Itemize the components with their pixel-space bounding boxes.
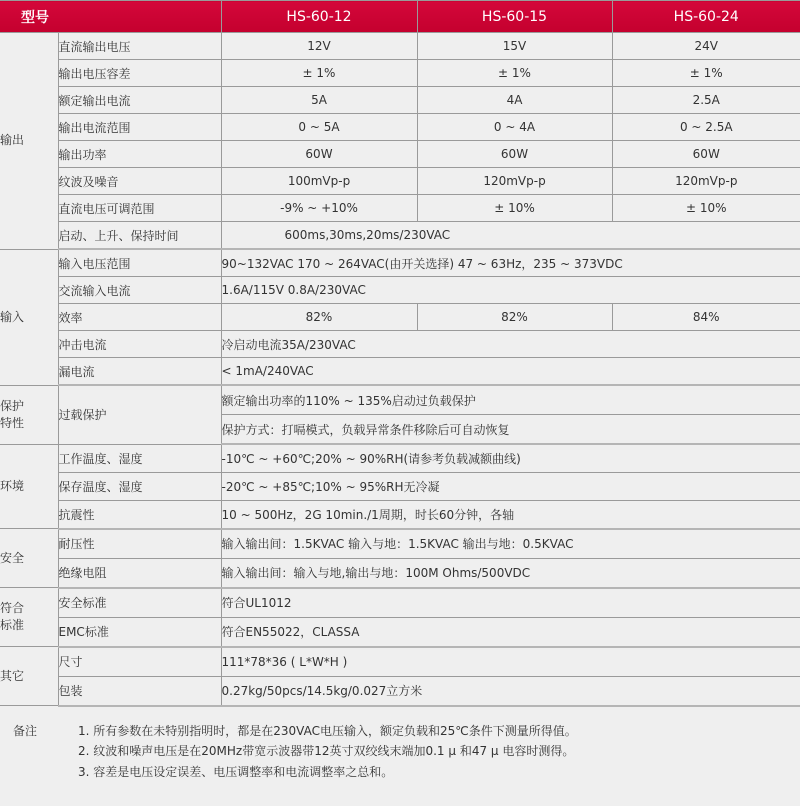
- value-cell: 24V: [612, 33, 800, 60]
- table-row: 保存温度、湿度 -20℃ ~ +85℃;10% ~ 95%RH无冷凝: [0, 472, 800, 500]
- group-environment: 环境: [0, 444, 58, 529]
- group-compliance: 符合 标准: [0, 588, 58, 647]
- table-row: 安全 耐压性 输入输出间：1.5KVAC 输入与地：1.5KVAC 输出与地：0…: [0, 529, 800, 559]
- table-row: 输入 输入电压范围 90~132VAC 170 ~ 264VAC(由开关选择) …: [0, 249, 800, 277]
- param-label: 抗震性: [58, 500, 221, 529]
- value-cell: ± 1%: [612, 60, 800, 87]
- note-item: 2. 纹波和噪声电压是在20MHz带宽示波器带12英寸双绞线末端加0.1 μ 和…: [78, 741, 577, 762]
- param-label: 输出电压容差: [58, 60, 221, 87]
- value-cell: 60W: [417, 141, 612, 168]
- table-row: 其它 尺寸 111*78*36 ( L*W*H ): [0, 647, 800, 677]
- spec-table: 型号 HS-60-12 HS-60-15 HS-60-24 输出 直流输出电压 …: [0, 0, 800, 707]
- value-cell: 60W: [221, 141, 417, 168]
- value-cell-spanning: 符合UL1012: [221, 588, 800, 618]
- note-item: 1. 所有参数在未特别指明时，都是在230VAC电压输入，额定负载和25℃条件下…: [78, 721, 577, 742]
- param-label: 效率: [58, 304, 221, 331]
- value-cell: 2.5A: [612, 87, 800, 114]
- value-cell-spanning: 保护方式：打嗝模式，负载异常条件移除后可自动恢复: [221, 415, 800, 445]
- param-label: 绝缘电阻: [58, 558, 221, 588]
- model-hs-60-15: HS-60-15: [417, 1, 612, 33]
- table-row: 输出电压容差 ± 1% ± 1% ± 1%: [0, 60, 800, 87]
- value-cell-spanning: 冷启动电流35A/230VAC: [221, 331, 800, 358]
- table-row: 输出功率 60W 60W 60W: [0, 141, 800, 168]
- value-cell: 100mVp-p: [221, 168, 417, 195]
- table-row: EMC标准 符合EN55022，CLASSA: [0, 617, 800, 647]
- value-cell-spanning: 输入输出间：输入与地,输出与地：100M Ohms/500VDC: [221, 558, 800, 588]
- table-row: 符合 标准 安全标准 符合UL1012: [0, 588, 800, 618]
- param-label: 额定输出电流: [58, 87, 221, 114]
- param-label: 纹波及噪音: [58, 168, 221, 195]
- value-cell: 4A: [417, 87, 612, 114]
- value-cell: ± 10%: [612, 195, 800, 222]
- table-row: 绝缘电阻 输入输出间：输入与地,输出与地：100M Ohms/500VDC: [0, 558, 800, 588]
- notes-list: 1. 所有参数在未特别指明时，都是在230VAC电压输入，额定负载和25℃条件下…: [78, 721, 577, 783]
- group-input: 输入: [0, 249, 58, 385]
- value-cell: -9% ~ +10%: [221, 195, 417, 222]
- param-label: 漏电流: [58, 358, 221, 386]
- table-row: 纹波及噪音 100mVp-p 120mVp-p 120mVp-p: [0, 168, 800, 195]
- group-safety: 安全: [0, 529, 58, 588]
- value-cell-spanning: 90~132VAC 170 ~ 264VAC(由开关选择) 47 ~ 63Hz，…: [221, 249, 800, 277]
- note-item: 3. 容差是电压设定误差、电压调整率和电流调整率之总和。: [78, 762, 577, 783]
- value-cell: 84%: [612, 304, 800, 331]
- param-label: 安全标准: [58, 588, 221, 618]
- value-cell: 82%: [417, 304, 612, 331]
- value-cell: ± 1%: [221, 60, 417, 87]
- table-row: 输出 直流输出电压 12V 15V 24V: [0, 33, 800, 60]
- group-label-line: 特性: [0, 416, 24, 430]
- value-cell-spanning: 0.27kg/50pcs/14.5kg/0.027立方米: [221, 676, 800, 706]
- group-protection: 保护 特性: [0, 385, 58, 444]
- table-row: 启动、上升、保持时间 600ms,30ms,20ms/230VAC: [0, 222, 800, 250]
- value-cell-spanning: 600ms,30ms,20ms/230VAC: [221, 222, 800, 250]
- value-cell: 82%: [221, 304, 417, 331]
- notes-label: 备注: [13, 721, 78, 783]
- param-label: 输出功率: [58, 141, 221, 168]
- table-row: 冲击电流 冷启动电流35A/230VAC: [0, 331, 800, 358]
- group-label-line: 符合: [0, 601, 24, 615]
- param-label: 冲击电流: [58, 331, 221, 358]
- group-label-line: 标准: [0, 618, 24, 632]
- param-label: 直流电压可调范围: [58, 195, 221, 222]
- value-cell-spanning: -10℃ ~ +60℃;20% ~ 90%RH(请参考负载减额曲线): [221, 444, 800, 472]
- table-row: 直流电压可调范围 -9% ~ +10% ± 10% ± 10%: [0, 195, 800, 222]
- group-other: 其它: [0, 647, 58, 706]
- table-row: 包装 0.27kg/50pcs/14.5kg/0.027立方米: [0, 676, 800, 706]
- value-cell: 15V: [417, 33, 612, 60]
- value-cell: 120mVp-p: [417, 168, 612, 195]
- value-cell: 5A: [221, 87, 417, 114]
- value-cell: 60W: [612, 141, 800, 168]
- table-row: 保护 特性 过载保护 额定输出功率的110% ~ 135%启动过负载保护: [0, 385, 800, 415]
- param-label: 过载保护: [58, 385, 221, 444]
- param-label: 直流输出电压: [58, 33, 221, 60]
- value-cell-spanning: 输入输出间：1.5KVAC 输入与地：1.5KVAC 输出与地：0.5KVAC: [221, 529, 800, 559]
- param-label: 交流输入电流: [58, 277, 221, 304]
- table-row: 输出电流范围 0 ~ 5A 0 ~ 4A 0 ~ 2.5A: [0, 114, 800, 141]
- value-cell: ± 10%: [417, 195, 612, 222]
- model-hs-60-24: HS-60-24: [612, 1, 800, 33]
- param-label: 工作温度、湿度: [58, 444, 221, 472]
- param-label: 尺寸: [58, 647, 221, 677]
- value-cell-spanning: 符合EN55022，CLASSA: [221, 617, 800, 647]
- model-hs-60-12: HS-60-12: [221, 1, 417, 33]
- table-header-row: 型号 HS-60-12 HS-60-15 HS-60-24: [0, 1, 800, 33]
- param-label: EMC标准: [58, 617, 221, 647]
- value-cell-spanning: 10 ~ 500Hz，2G 10min./1周期，时长60分钟，各轴: [221, 500, 800, 529]
- value-cell: 120mVp-p: [612, 168, 800, 195]
- value-cell: 0 ~ 2.5A: [612, 114, 800, 141]
- notes-section: 备注 1. 所有参数在未特别指明时，都是在230VAC电压输入，额定负载和25℃…: [0, 707, 800, 783]
- value-cell-spanning: -20℃ ~ +85℃;10% ~ 95%RH无冷凝: [221, 472, 800, 500]
- value-cell-spanning: 额定输出功率的110% ~ 135%启动过负载保护: [221, 385, 800, 415]
- group-label-line: 保护: [0, 399, 24, 413]
- table-row: 效率 82% 82% 84%: [0, 304, 800, 331]
- value-cell-spanning: 111*78*36 ( L*W*H ): [221, 647, 800, 677]
- param-label: 启动、上升、保持时间: [58, 222, 221, 250]
- value-cell-spanning: 1.6A/115V 0.8A/230VAC: [221, 277, 800, 304]
- param-label: 耐压性: [58, 529, 221, 559]
- value-cell: 0 ~ 5A: [221, 114, 417, 141]
- table-row: 额定输出电流 5A 4A 2.5A: [0, 87, 800, 114]
- value-cell: 12V: [221, 33, 417, 60]
- param-label: 输出电流范围: [58, 114, 221, 141]
- param-label: 保存温度、湿度: [58, 472, 221, 500]
- param-label: 输入电压范围: [58, 249, 221, 277]
- value-cell: ± 1%: [417, 60, 612, 87]
- table-row: 抗震性 10 ~ 500Hz，2G 10min./1周期，时长60分钟，各轴: [0, 500, 800, 529]
- group-output: 输出: [0, 33, 58, 250]
- param-label: 包装: [58, 676, 221, 706]
- table-row: 漏电流 < 1mA/240VAC: [0, 358, 800, 386]
- table-row: 环境 工作温度、湿度 -10℃ ~ +60℃;20% ~ 90%RH(请参考负载…: [0, 444, 800, 472]
- value-cell-spanning: < 1mA/240VAC: [221, 358, 800, 386]
- value-cell: 0 ~ 4A: [417, 114, 612, 141]
- model-label: 型号: [0, 1, 221, 33]
- table-row: 交流输入电流 1.6A/115V 0.8A/230VAC: [0, 277, 800, 304]
